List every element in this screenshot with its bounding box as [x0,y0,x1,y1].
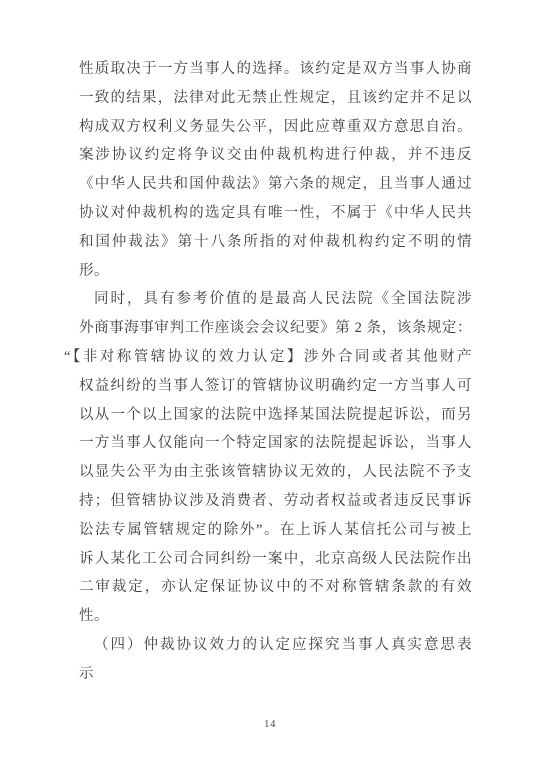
text-line: 持；但管辖协议涉及消费者、劳动者权益或者违反民事诉 [79,487,472,516]
text-line: 外商事海事审判工作座谈会会议纪要》第 2 条，该条规定： [79,314,472,343]
text-line: 权益纠纷的当事人签订的管辖协议明确约定一方当事人可 [79,372,472,401]
text-line: 讼法专属管辖规定的除外”。在上诉人某信托公司与被上 [79,516,472,545]
text-line: 同时，具有参考价值的是最高人民法院《全国法院涉 [79,285,472,314]
text-line: 案涉协议约定将争议交由仲裁机构进行仲裁，并不违反 [79,141,472,170]
page-footer: 14 [0,714,540,732]
text-line: 以从一个以上国家的法院中选择某国法院提起诉讼，而另 [79,401,472,430]
heading-line: 示 [79,660,472,689]
page-number: 14 [264,718,276,730]
text-line: 和国仲裁法》第十八条所指的对仲裁机构约定不明的情 [79,228,472,257]
text-line: 构成双方权利义务显失公平，因此应尊重双方意思自治。 [79,113,472,142]
paragraph: 同时，具有参考价值的是最高人民法院《全国法院涉 外商事海事审判工作座谈会会议纪要… [79,285,472,631]
text-line: 性。 [79,602,472,631]
text-line: 一方当事人仅能向一个特定国家的法院提起诉讼，当事人 [79,429,472,458]
text-line: 形。 [79,257,472,286]
text-line: 二审裁定，亦认定保证协议中的不对称管辖条款的有效 [79,573,472,602]
text-line: “【非对称管辖协议的效力认定】涉外合同或者其他财产 [79,343,472,372]
text-line: 《中华人民共和国仲裁法》第六条的规定，且当事人通过 [79,170,472,199]
heading-line: （四）仲裁协议效力的认定应探究当事人真实意思表 [79,631,472,660]
text-line: 一致的结果，法律对此无禁止性规定，且该约定并不足以 [79,84,472,113]
text-line: 性质取决于一方当事人的选择。该约定是双方当事人协商 [79,55,472,84]
document-page: 性质取决于一方当事人的选择。该约定是双方当事人协商 一致的结果，法律对此无禁止性… [0,0,540,763]
text-line: 协议对仲裁机构的选定具有唯一性，不属于《中华人民共 [79,199,472,228]
body-text: 性质取决于一方当事人的选择。该约定是双方当事人协商 一致的结果，法律对此无禁止性… [79,55,472,689]
text-line: 以显失公平为由主张该管辖协议无效的，人民法院不予支 [79,458,472,487]
text-line: 诉人某化工公司合同纠纷一案中，北京高级人民法院作出 [79,545,472,574]
section-heading: （四）仲裁协议效力的认定应探究当事人真实意思表 示 [79,631,472,689]
paragraph: 性质取决于一方当事人的选择。该约定是双方当事人协商 一致的结果，法律对此无禁止性… [79,55,472,285]
